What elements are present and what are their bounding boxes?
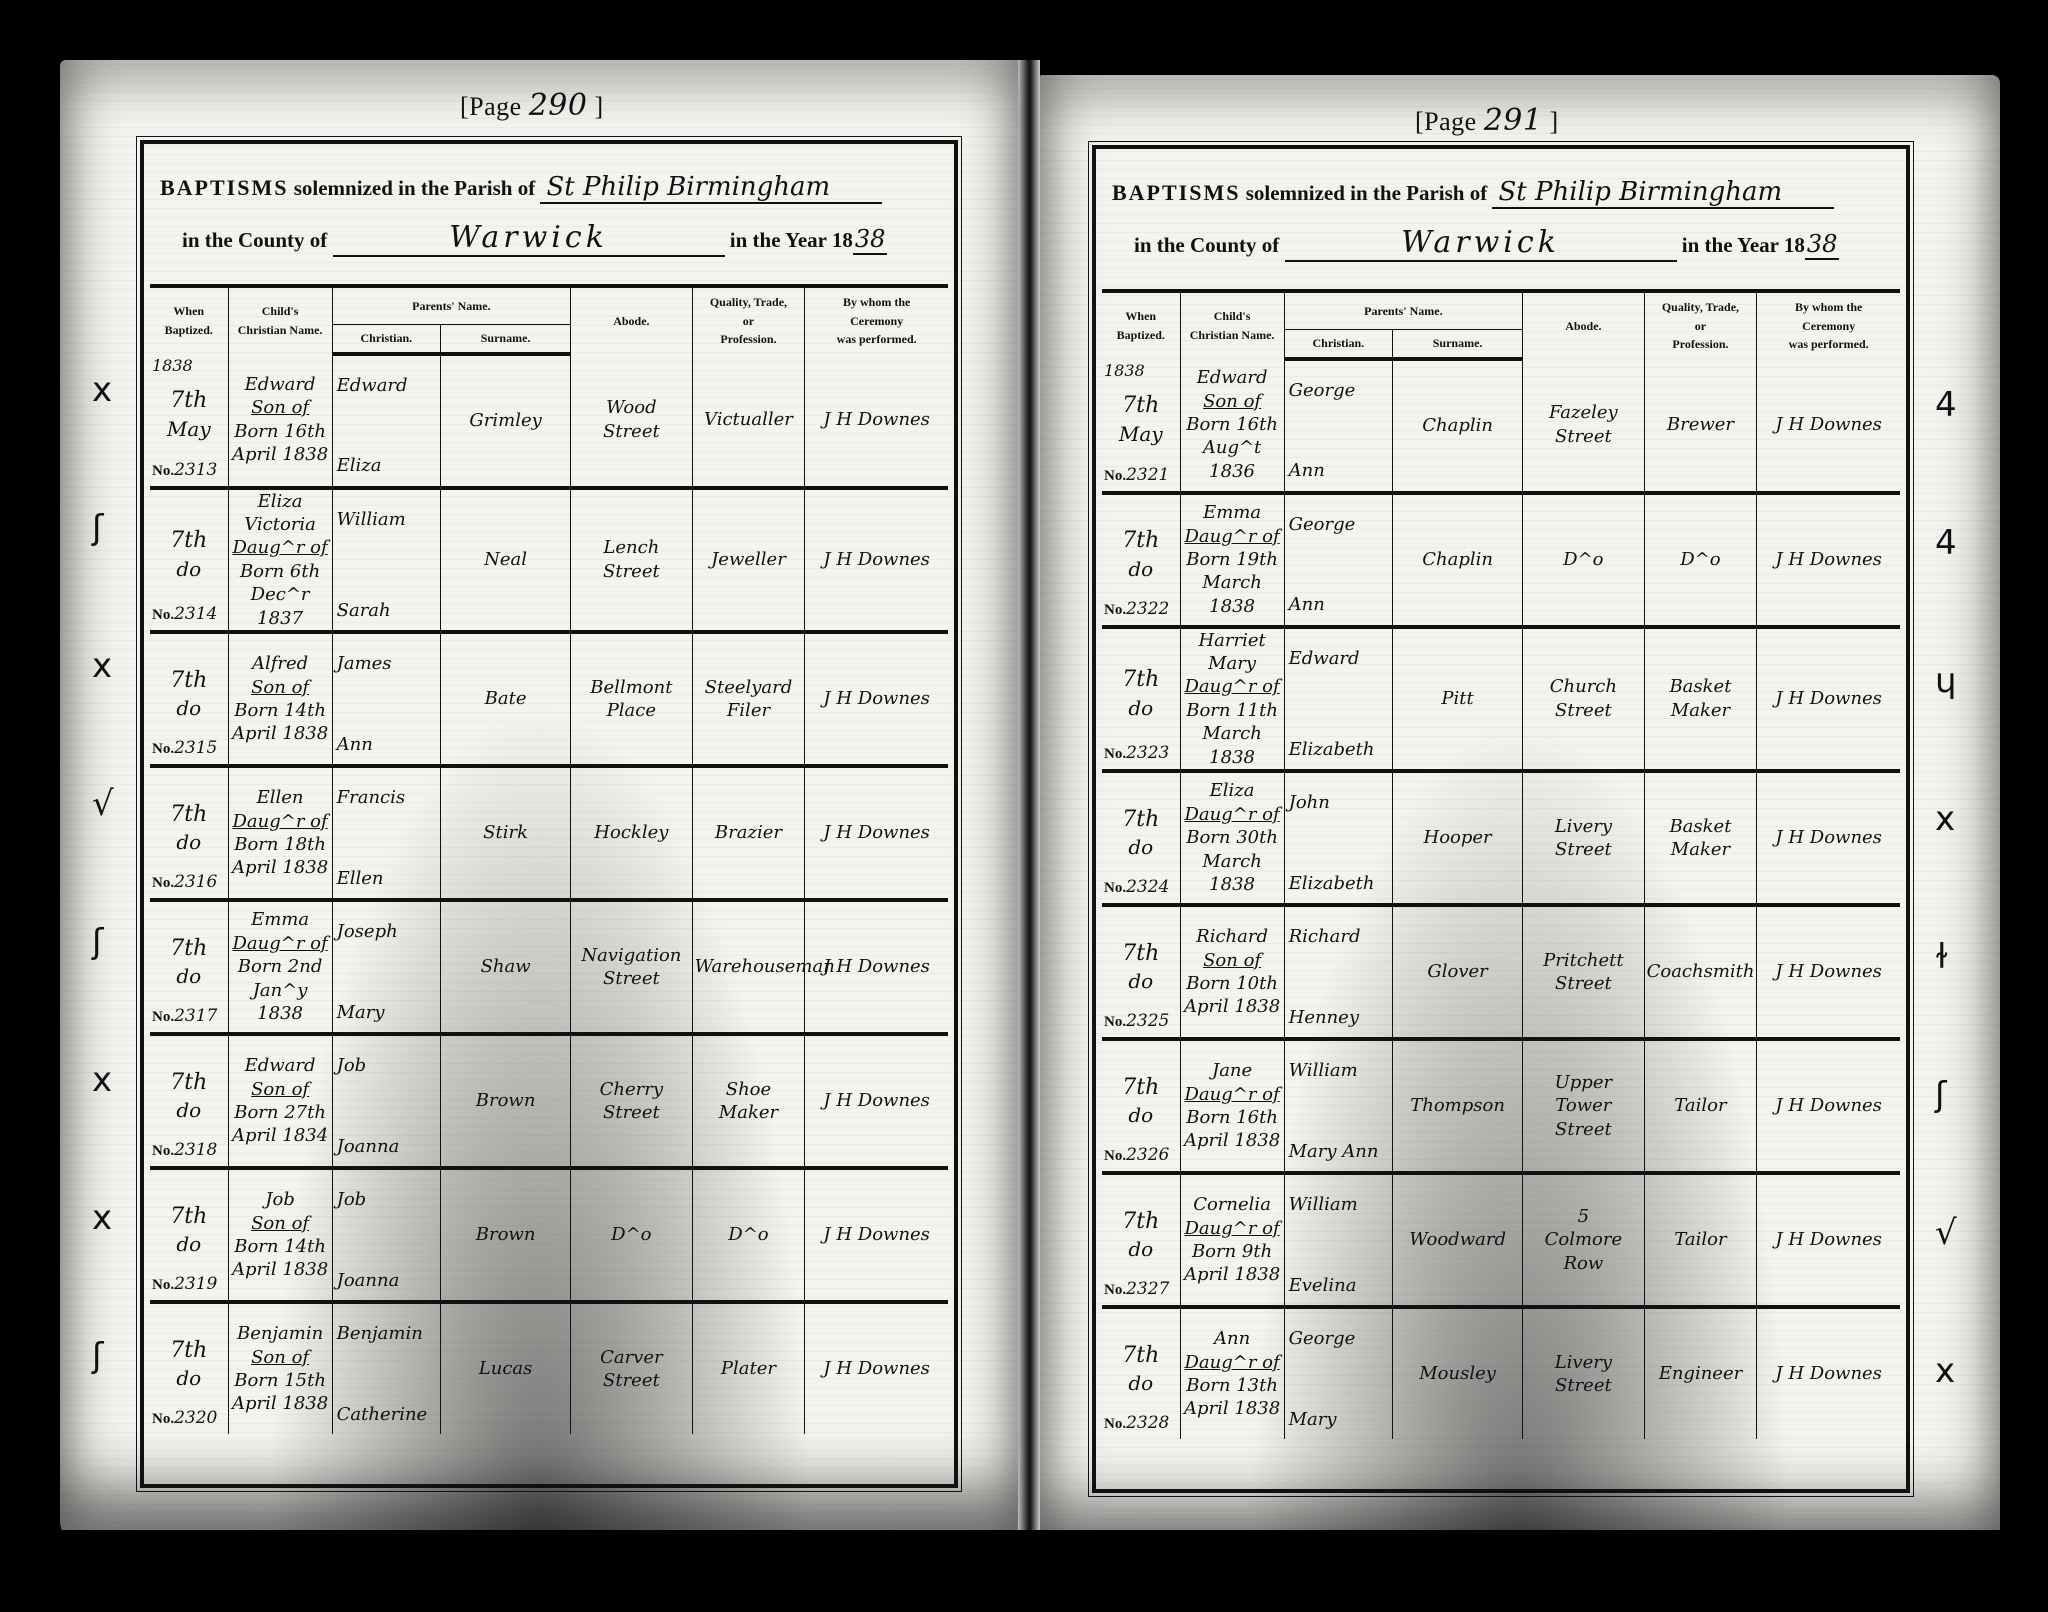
parents-surname: Bate bbox=[441, 632, 571, 766]
entry-number: No.2325 bbox=[1104, 1010, 1169, 1033]
entry-number: No.2320 bbox=[152, 1407, 217, 1430]
entry-number-value: 2315 bbox=[174, 738, 217, 758]
mother-name: Ann bbox=[337, 733, 373, 756]
trade-profession: Brewer bbox=[1644, 359, 1757, 493]
margin-tick-mark: √ bbox=[1935, 1213, 1957, 1253]
register-entry: 7thdoNo.2317EmmaDaug^r ofBorn 2ndJan^y 1… bbox=[150, 900, 948, 1034]
year-label: in the Year 18 bbox=[730, 228, 853, 252]
trade-line: Tailor bbox=[1647, 1094, 1755, 1117]
trade-line: Filer bbox=[695, 699, 803, 722]
abode-line: Livery bbox=[1525, 1351, 1641, 1374]
margin-tick-mark: ʃ bbox=[92, 922, 103, 962]
parish-name: St Philip Birmingham bbox=[1492, 177, 1834, 209]
margin-tick-mark: ɥ bbox=[1935, 661, 1957, 701]
trade-profession: Warehouseman bbox=[692, 900, 805, 1034]
child-line: Daug^r of bbox=[231, 536, 330, 559]
col-header-parent-christian: Christian. bbox=[1284, 330, 1392, 359]
child-christian-name: EdwardSon ofBorn 27thApril 1834 bbox=[228, 1034, 332, 1168]
abode-line: Upper bbox=[1525, 1071, 1641, 1094]
parents-surname: Shaw bbox=[441, 900, 571, 1034]
abode-line: Street bbox=[573, 560, 689, 583]
abode-line: Carver bbox=[573, 1346, 689, 1369]
abode-line: D^o bbox=[1525, 548, 1641, 571]
register-entry: 7thdoNo.2318EdwardSon ofBorn 27thApril 1… bbox=[150, 1034, 948, 1168]
abode-line: Street bbox=[573, 1369, 689, 1392]
abode-line: Fazeley bbox=[1525, 401, 1641, 424]
margin-tick-mark: ɫ bbox=[1935, 937, 1948, 977]
abode: BellmontPlace bbox=[571, 632, 692, 766]
officiating-minister: J H Downes bbox=[805, 354, 948, 488]
parents-surname: Mousley bbox=[1393, 1307, 1523, 1439]
page-number-value: 290 bbox=[529, 88, 588, 123]
entry-day: 7th bbox=[152, 1069, 226, 1098]
page-close-bracket: ] bbox=[594, 92, 603, 121]
entry-year: 1838 bbox=[152, 356, 193, 377]
parents-christian-names: JosephMary bbox=[332, 900, 440, 1034]
year-label: in the Year 18 bbox=[1682, 233, 1805, 257]
when-baptized: 7thdoNo.2318 bbox=[150, 1034, 228, 1168]
abode-line: Navigation bbox=[573, 944, 689, 967]
trade-line: Basket bbox=[1647, 675, 1755, 698]
child-line: Born 11th bbox=[1183, 699, 1282, 722]
register-entry: 7thdoNo.2315AlfredSon ofBorn 14thApril 1… bbox=[150, 632, 948, 766]
trade-profession: Engineer bbox=[1644, 1307, 1757, 1439]
entry-month: do bbox=[152, 556, 226, 582]
book-gutter bbox=[1018, 60, 1040, 1590]
col-header-child: Child'sChristian Name. bbox=[228, 286, 332, 354]
officiating-minister: J H Downes bbox=[1757, 1039, 1900, 1173]
father-name: John bbox=[1289, 791, 1330, 814]
mother-name: Eliza bbox=[337, 454, 382, 477]
county-label: in the County of bbox=[182, 228, 327, 252]
baptism-table: WhenBaptized.Child'sChristian Name.Paren… bbox=[150, 284, 948, 1434]
child-line: Richard bbox=[1183, 925, 1282, 948]
abode-line: Livery bbox=[1525, 815, 1641, 838]
child-line: Jan^y 1838 bbox=[231, 979, 330, 1026]
father-name: William bbox=[337, 508, 406, 531]
page-number-value: 291 bbox=[1484, 103, 1543, 138]
abode-line: Street bbox=[1525, 425, 1641, 448]
trade-profession: Coachsmith bbox=[1644, 905, 1757, 1039]
child-line: Daug^r of bbox=[1183, 675, 1282, 698]
trade-line: Coachsmith bbox=[1647, 960, 1755, 983]
entry-number: No.2323 bbox=[1104, 742, 1169, 765]
child-christian-name: EllenDaug^r ofBorn 18thApril 1838 bbox=[228, 766, 332, 900]
father-name: Richard bbox=[1289, 925, 1361, 948]
entry-day: 7th bbox=[1104, 666, 1178, 695]
child-line: Daug^r of bbox=[231, 810, 330, 833]
county-name: Warwick bbox=[1285, 225, 1677, 262]
margin-tick-mark: √ bbox=[92, 784, 114, 824]
entry-number-value: 2324 bbox=[1126, 877, 1169, 897]
trade-line: Brazier bbox=[695, 821, 803, 844]
entry-number: No.2317 bbox=[152, 1005, 217, 1028]
when-baptized: 7thdoNo.2314 bbox=[150, 488, 228, 632]
scan-shadow bbox=[0, 1530, 2048, 1612]
entry-month: do bbox=[152, 1097, 226, 1123]
child-line: April 1838 bbox=[231, 1392, 330, 1415]
child-line: Son of bbox=[1183, 390, 1282, 413]
entry-month: do bbox=[152, 829, 226, 855]
father-name: George bbox=[1289, 513, 1356, 536]
child-line: Eliza bbox=[231, 490, 330, 513]
entry-number: No.2324 bbox=[1104, 876, 1169, 899]
parents-surname: Brown bbox=[441, 1034, 571, 1168]
entry-month: do bbox=[152, 1365, 226, 1391]
child-line: Born 15th bbox=[231, 1369, 330, 1392]
child-line: Born 30th bbox=[1183, 826, 1282, 849]
abode: Hockley bbox=[571, 766, 692, 900]
trade-line: Steelyard bbox=[695, 676, 803, 699]
col-header-parent-surname: Surname. bbox=[1393, 330, 1523, 359]
trade-profession: Victualler bbox=[692, 354, 805, 488]
abode-line: Street bbox=[1525, 1374, 1641, 1397]
abode-line: Wood bbox=[573, 396, 689, 419]
father-name: George bbox=[1289, 1327, 1356, 1350]
child-line: Daug^r of bbox=[1183, 1083, 1282, 1106]
trade-line: Tailor bbox=[1647, 1228, 1755, 1251]
abode: LiveryStreet bbox=[1523, 1307, 1644, 1439]
baptism-table: WhenBaptized.Child'sChristian Name.Paren… bbox=[1102, 289, 1900, 1439]
year-value: 38 bbox=[1805, 230, 1840, 260]
col-header-abode: Abode. bbox=[571, 286, 692, 354]
parents-christian-names: GeorgeAnn bbox=[1284, 359, 1392, 493]
col-header-parents: Parents' Name. bbox=[1284, 291, 1523, 330]
entry-day: 7th bbox=[1104, 1074, 1178, 1103]
when-baptized: 7thdoNo.2326 bbox=[1102, 1039, 1180, 1173]
abode-line: Pritchett bbox=[1525, 949, 1641, 972]
child-christian-name: JaneDaug^r ofBorn 16thApril 1838 bbox=[1180, 1039, 1284, 1173]
trade-profession: ShoeMaker bbox=[692, 1034, 805, 1168]
margin-tick-mark: ʃ bbox=[1935, 1075, 1946, 1115]
page-label: [Page bbox=[1415, 107, 1477, 136]
parents-christian-names: JamesAnn bbox=[332, 632, 440, 766]
child-christian-name: ElizaVictoriaDaug^r ofBorn 6thDec^r 1837 bbox=[228, 488, 332, 632]
child-christian-name: EdwardSon ofBorn 16thAug^t 1836 bbox=[1180, 359, 1284, 493]
child-line: Ellen bbox=[231, 786, 330, 809]
col-header-parent-christian: Christian. bbox=[332, 325, 440, 354]
child-line: Jane bbox=[1183, 1059, 1282, 1082]
father-name: William bbox=[1289, 1193, 1358, 1216]
entry-number-value: 2314 bbox=[174, 604, 217, 624]
col-header-minister: By whom theCeremonywas performed. bbox=[1757, 291, 1900, 359]
abode-line: Street bbox=[1525, 699, 1641, 722]
entry-number: No.2318 bbox=[152, 1139, 217, 1162]
parents-christian-names: WilliamSarah bbox=[332, 488, 440, 632]
officiating-minister: J H Downes bbox=[1757, 771, 1900, 905]
register-entry: 18387thMayNo.2321EdwardSon ofBorn 16thAu… bbox=[1102, 359, 1900, 493]
child-line: Daug^r of bbox=[1183, 1351, 1282, 1374]
register-page-right: [Page 291 ] BAPTISMS solemnized in the P… bbox=[1040, 75, 2000, 1565]
officiating-minister: J H Downes bbox=[1757, 359, 1900, 493]
register-entry: 7thdoNo.2327CorneliaDaug^r ofBorn 9thApr… bbox=[1102, 1173, 1900, 1307]
abode-line: Street bbox=[573, 420, 689, 443]
child-line: Son of bbox=[231, 676, 330, 699]
father-name: James bbox=[337, 652, 392, 675]
margin-tick-mark: ʃ bbox=[92, 508, 103, 548]
abode-line: Street bbox=[1525, 838, 1641, 861]
entry-month: May bbox=[152, 416, 226, 442]
abode-line: Hockley bbox=[573, 821, 689, 844]
child-christian-name: AlfredSon ofBorn 14thApril 1838 bbox=[228, 632, 332, 766]
mother-name: Ann bbox=[1289, 459, 1325, 482]
child-christian-name: ElizaDaug^r ofBorn 30thMarch 1838 bbox=[1180, 771, 1284, 905]
when-baptized: 7thdoNo.2317 bbox=[150, 900, 228, 1034]
register-entry: 7thdoNo.2323HarrietMaryDaug^r ofBorn 11t… bbox=[1102, 627, 1900, 771]
register-entry: 7thdoNo.2328AnnDaug^r ofBorn 13thApril 1… bbox=[1102, 1307, 1900, 1439]
child-line: Alfred bbox=[231, 652, 330, 675]
entry-day: 7th bbox=[152, 1337, 226, 1366]
child-line: Edward bbox=[1183, 366, 1282, 389]
child-line: April 1838 bbox=[1183, 1397, 1282, 1420]
register-frame: BAPTISMS solemnized in the Parish of St … bbox=[1092, 145, 1910, 1493]
parents-surname: Glover bbox=[1393, 905, 1523, 1039]
child-christian-name: EdwardSon ofBorn 16thApril 1838 bbox=[228, 354, 332, 488]
child-christian-name: AnnDaug^r ofBorn 13thApril 1838 bbox=[1180, 1307, 1284, 1439]
register-entry: 7thdoNo.2324ElizaDaug^r ofBorn 30thMarch… bbox=[1102, 771, 1900, 905]
entry-number: No.2314 bbox=[152, 603, 217, 626]
entry-number-value: 2321 bbox=[1126, 465, 1169, 485]
father-name: Job bbox=[337, 1188, 367, 1211]
entry-day: 7th bbox=[152, 1203, 226, 1232]
col-header-trade: Quality, Trade,orProfession. bbox=[1644, 291, 1757, 359]
trade-profession: Tailor bbox=[1644, 1039, 1757, 1173]
child-line: Daug^r of bbox=[231, 932, 330, 955]
trade-line: Shoe bbox=[695, 1078, 803, 1101]
child-christian-name: RichardSon ofBorn 10thApril 1838 bbox=[1180, 905, 1284, 1039]
child-line: Ann bbox=[1183, 1327, 1282, 1350]
page-label: [Page bbox=[460, 92, 522, 121]
child-line: Victoria bbox=[231, 513, 330, 536]
mother-name: Sarah bbox=[337, 599, 391, 622]
father-name: William bbox=[1289, 1059, 1358, 1082]
child-line: Born 14th bbox=[231, 1235, 330, 1258]
abode: LenchStreet bbox=[571, 488, 692, 632]
margin-tick-mark: ⅹ bbox=[1935, 1351, 1955, 1391]
parents-surname: Stirk bbox=[441, 766, 571, 900]
abode-line: 5 bbox=[1525, 1205, 1641, 1228]
abode-line: Cherry bbox=[573, 1078, 689, 1101]
parents-christian-names: EdwardElizabeth bbox=[1284, 627, 1392, 771]
child-line: April 1834 bbox=[231, 1124, 330, 1147]
abode-line: Street bbox=[1525, 972, 1641, 995]
mother-name: Elizabeth bbox=[1289, 872, 1375, 895]
col-header-abode: Abode. bbox=[1523, 291, 1644, 359]
col-header-parents: Parents' Name. bbox=[332, 286, 571, 325]
entry-number: No.2322 bbox=[1104, 598, 1169, 621]
child-christian-name: JobSon ofBorn 14thApril 1838 bbox=[228, 1168, 332, 1302]
child-line: Born 2nd bbox=[231, 955, 330, 978]
parents-christian-names: GeorgeMary bbox=[1284, 1307, 1392, 1439]
parents-surname: Hooper bbox=[1393, 771, 1523, 905]
abode: LiveryStreet bbox=[1523, 771, 1644, 905]
trade-line: Basket bbox=[1647, 815, 1755, 838]
entry-number-value: 2326 bbox=[1126, 1145, 1169, 1165]
officiating-minister: J H Downes bbox=[805, 632, 948, 766]
register-entry: 7thdoNo.2326JaneDaug^r ofBorn 16thApril … bbox=[1102, 1039, 1900, 1173]
child-christian-name: CorneliaDaug^r ofBorn 9thApril 1838 bbox=[1180, 1173, 1284, 1307]
parents-surname: Thompson bbox=[1393, 1039, 1523, 1173]
entry-number-value: 2313 bbox=[174, 460, 217, 480]
parents-surname: Lucas bbox=[441, 1302, 571, 1434]
abode-line: D^o bbox=[573, 1223, 689, 1246]
child-christian-name: EmmaDaug^r ofBorn 19thMarch 1838 bbox=[1180, 493, 1284, 627]
child-line: Son of bbox=[1183, 949, 1282, 972]
mother-name: Mary Ann bbox=[1289, 1140, 1379, 1163]
parents-surname: Pitt bbox=[1393, 627, 1523, 771]
abode: NavigationStreet bbox=[571, 900, 692, 1034]
entry-month: do bbox=[1104, 834, 1178, 860]
trade-profession: BasketMaker bbox=[1644, 627, 1757, 771]
entry-number-value: 2322 bbox=[1126, 599, 1169, 619]
child-line: Daug^r of bbox=[1183, 803, 1282, 826]
entry-month: do bbox=[152, 1231, 226, 1257]
officiating-minister: J H Downes bbox=[805, 488, 948, 632]
child-line: April 1838 bbox=[231, 856, 330, 879]
entry-month: do bbox=[1104, 968, 1178, 994]
officiating-minister: J H Downes bbox=[805, 1168, 948, 1302]
when-baptized: 7thdoNo.2325 bbox=[1102, 905, 1180, 1039]
parents-surname: Chaplin bbox=[1393, 359, 1523, 493]
county-name: Warwick bbox=[333, 220, 725, 257]
mother-name: Henney bbox=[1289, 1006, 1359, 1029]
col-header-when: WhenBaptized. bbox=[150, 286, 228, 354]
form-title: BAPTISMS bbox=[160, 175, 288, 200]
parents-christian-names: GeorgeAnn bbox=[1284, 493, 1392, 627]
when-baptized: 7thdoNo.2320 bbox=[150, 1302, 228, 1434]
trade-profession: D^o bbox=[692, 1168, 805, 1302]
child-line: March 1838 bbox=[1183, 850, 1282, 897]
entry-day: 7th bbox=[152, 801, 226, 830]
trade-profession: SteelyardFiler bbox=[692, 632, 805, 766]
abode-line: Lench bbox=[573, 536, 689, 559]
when-baptized: 7thdoNo.2327 bbox=[1102, 1173, 1180, 1307]
mother-name: Elizabeth bbox=[1289, 738, 1375, 761]
parents-surname: Chaplin bbox=[1393, 493, 1523, 627]
entry-number: No.2313 bbox=[152, 459, 217, 482]
trade-line: Warehouseman bbox=[695, 955, 803, 978]
parents-surname: Grimley bbox=[441, 354, 571, 488]
col-header-when: WhenBaptized. bbox=[1102, 291, 1180, 359]
entry-day: 7th bbox=[152, 527, 226, 556]
trade-line: Victualler bbox=[695, 408, 803, 431]
father-name: Francis bbox=[337, 786, 406, 809]
child-line: Job bbox=[231, 1188, 330, 1211]
entry-number-value: 2325 bbox=[1126, 1011, 1169, 1031]
child-line: Born 19th bbox=[1183, 548, 1282, 571]
register-heading: BAPTISMS solemnized in the Parish of St … bbox=[1112, 169, 1890, 279]
entry-day: 7th bbox=[1104, 392, 1178, 421]
child-line: Born 16th bbox=[1183, 413, 1282, 436]
trade-profession: BasketMaker bbox=[1644, 771, 1757, 905]
trade-line: Brewer bbox=[1647, 413, 1755, 436]
parents-surname: Neal bbox=[441, 488, 571, 632]
father-name: Job bbox=[337, 1054, 367, 1077]
margin-tick-mark: ⅹ bbox=[92, 1060, 112, 1100]
child-line: Son of bbox=[231, 1078, 330, 1101]
form-title: BAPTISMS bbox=[1112, 180, 1240, 205]
entry-number: No.2319 bbox=[152, 1273, 217, 1296]
trade-line: D^o bbox=[1647, 548, 1755, 571]
col-header-minister: By whom theCeremonywas performed. bbox=[805, 286, 948, 354]
child-line: April 1838 bbox=[1183, 1129, 1282, 1152]
entry-day: 7th bbox=[1104, 940, 1178, 969]
parents-christian-names: RichardHenney bbox=[1284, 905, 1392, 1039]
parents-christian-names: BenjaminCatherine bbox=[332, 1302, 440, 1434]
abode-line: Church bbox=[1525, 675, 1641, 698]
entry-number-value: 2318 bbox=[174, 1140, 217, 1160]
entry-number: No.2326 bbox=[1104, 1144, 1169, 1167]
when-baptized: 18387thMayNo.2321 bbox=[1102, 359, 1180, 493]
child-line: Mary bbox=[1183, 652, 1282, 675]
trade-line: Engineer bbox=[1647, 1362, 1755, 1385]
register-entry: 7thdoNo.2319JobSon ofBorn 14thApril 1838… bbox=[150, 1168, 948, 1302]
entry-number-value: 2317 bbox=[174, 1006, 217, 1026]
child-line: Son of bbox=[231, 396, 330, 419]
trade-profession: Plater bbox=[692, 1302, 805, 1434]
abode: D^o bbox=[1523, 493, 1644, 627]
mother-name: Mary bbox=[337, 1001, 385, 1024]
trade-profession: D^o bbox=[1644, 493, 1757, 627]
entry-number: No.2316 bbox=[152, 871, 217, 894]
parents-christian-names: FrancisEllen bbox=[332, 766, 440, 900]
entry-day: 7th bbox=[152, 667, 226, 696]
parents-christian-names: JobJoanna bbox=[332, 1168, 440, 1302]
register-entry: 7thdoNo.2322EmmaDaug^r ofBorn 19thMarch … bbox=[1102, 493, 1900, 627]
when-baptized: 7thdoNo.2322 bbox=[1102, 493, 1180, 627]
register-entry: 18387thMayNo.2313EdwardSon ofBorn 16thAp… bbox=[150, 354, 948, 488]
father-name: Edward bbox=[337, 374, 408, 397]
year-value: 38 bbox=[853, 225, 888, 255]
abode-line: Street bbox=[1525, 1118, 1641, 1141]
mother-name: Joanna bbox=[337, 1135, 400, 1158]
child-line: Born 10th bbox=[1183, 972, 1282, 995]
trade-profession: Brazier bbox=[692, 766, 805, 900]
parents-christian-names: WilliamMary Ann bbox=[1284, 1039, 1392, 1173]
parents-surname: Woodward bbox=[1393, 1173, 1523, 1307]
child-line: Edward bbox=[231, 373, 330, 396]
child-line: Eliza bbox=[1183, 779, 1282, 802]
when-baptized: 18387thMayNo.2313 bbox=[150, 354, 228, 488]
register-entry: 7thdoNo.2316EllenDaug^r ofBorn 18thApril… bbox=[150, 766, 948, 900]
trade-line: Maker bbox=[695, 1101, 803, 1124]
entry-month: do bbox=[1104, 556, 1178, 582]
entry-month: do bbox=[152, 963, 226, 989]
when-baptized: 7thdoNo.2319 bbox=[150, 1168, 228, 1302]
county-label: in the County of bbox=[1134, 233, 1279, 257]
child-line: March 1838 bbox=[1183, 722, 1282, 769]
when-baptized: 7thdoNo.2315 bbox=[150, 632, 228, 766]
col-header-trade: Quality, Trade,orProfession. bbox=[692, 286, 805, 354]
abode-line: Row bbox=[1525, 1252, 1641, 1275]
child-line: Aug^t 1836 bbox=[1183, 436, 1282, 483]
entry-day: 7th bbox=[1104, 806, 1178, 835]
abode: WoodStreet bbox=[571, 354, 692, 488]
form-title-text: solemnized in the Parish of bbox=[294, 176, 536, 200]
when-baptized: 7thdoNo.2328 bbox=[1102, 1307, 1180, 1439]
child-line: Son of bbox=[231, 1212, 330, 1235]
mother-name: Ellen bbox=[337, 867, 384, 890]
entry-number: No.2327 bbox=[1104, 1278, 1169, 1301]
child-line: Born 13th bbox=[1183, 1374, 1282, 1397]
abode: D^o bbox=[571, 1168, 692, 1302]
child-line: Benjamin bbox=[231, 1322, 330, 1345]
child-line: April 1838 bbox=[231, 722, 330, 745]
child-line: March 1838 bbox=[1183, 571, 1282, 618]
entry-month: May bbox=[1104, 421, 1178, 447]
father-name: George bbox=[1289, 379, 1356, 402]
abode-line: Bellmont bbox=[573, 676, 689, 699]
